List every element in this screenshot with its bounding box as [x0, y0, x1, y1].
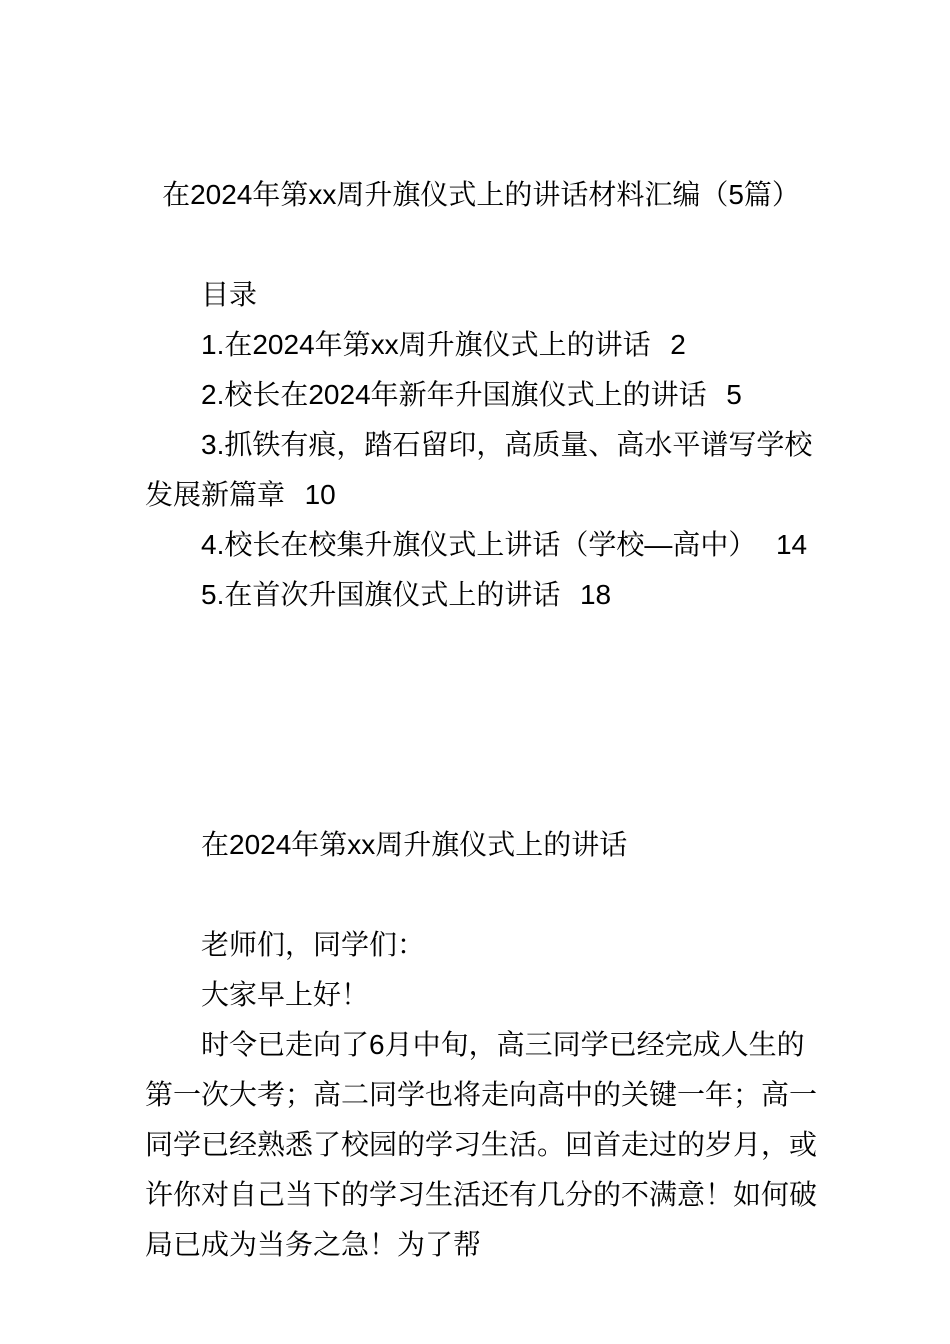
document-title: 在2024年第xx周升旗仪式上的讲话材料汇编（5篇）: [145, 170, 817, 220]
speech-title: 在2024年第xx周升旗仪式上的讲话: [145, 820, 817, 870]
toc-item-label: 3.抓铁有痕，踏石留印，高质量、高水平谱写学校发展新篇章: [145, 429, 812, 510]
toc-item-page-number: 2: [670, 329, 686, 360]
speech-body-paragraph: 时令已走向了6月中旬，高三同学已经完成人生的第一次大考；高二同学也将走向高中的关…: [145, 1020, 817, 1270]
toc-item-label: 4.校长在校集升旗仪式上讲话（学校—高中）: [201, 529, 756, 560]
toc-item: 3.抓铁有痕，踏石留印，高质量、高水平谱写学校发展新篇章10: [145, 420, 817, 520]
speech-greeting: 大家早上好！: [145, 970, 817, 1020]
toc-item: 1.在2024年第xx周升旗仪式上的讲话2: [145, 320, 817, 370]
toc-item-page-number: 5: [726, 379, 742, 410]
table-of-contents: 目录 1.在2024年第xx周升旗仪式上的讲话2 2.校长在2024年新年升国旗…: [145, 270, 817, 620]
toc-item: 5.在首次升国旗仪式上的讲话18: [145, 570, 817, 620]
toc-item-label: 5.在首次升国旗仪式上的讲话: [201, 579, 560, 610]
document-page: 在2024年第xx周升旗仪式上的讲话材料汇编（5篇） 目录 1.在2024年第x…: [0, 0, 950, 1344]
toc-heading: 目录: [145, 270, 817, 320]
toc-item-page-number: 18: [580, 579, 611, 610]
document-content: 在2024年第xx周升旗仪式上的讲话材料汇编（5篇） 目录 1.在2024年第x…: [145, 0, 817, 1270]
toc-item: 4.校长在校集升旗仪式上讲话（学校—高中）14: [145, 520, 817, 570]
toc-item-label: 1.在2024年第xx周升旗仪式上的讲话: [201, 329, 651, 360]
toc-item-label: 2.校长在2024年新年升国旗仪式上的讲话: [201, 379, 707, 410]
toc-item-page-number: 14: [776, 529, 807, 560]
toc-item-page-number: 10: [305, 479, 336, 510]
speech-section: 在2024年第xx周升旗仪式上的讲话 老师们，同学们： 大家早上好！ 时令已走向…: [145, 820, 817, 1270]
speech-salutation: 老师们，同学们：: [145, 920, 817, 970]
toc-item: 2.校长在2024年新年升国旗仪式上的讲话5: [145, 370, 817, 420]
